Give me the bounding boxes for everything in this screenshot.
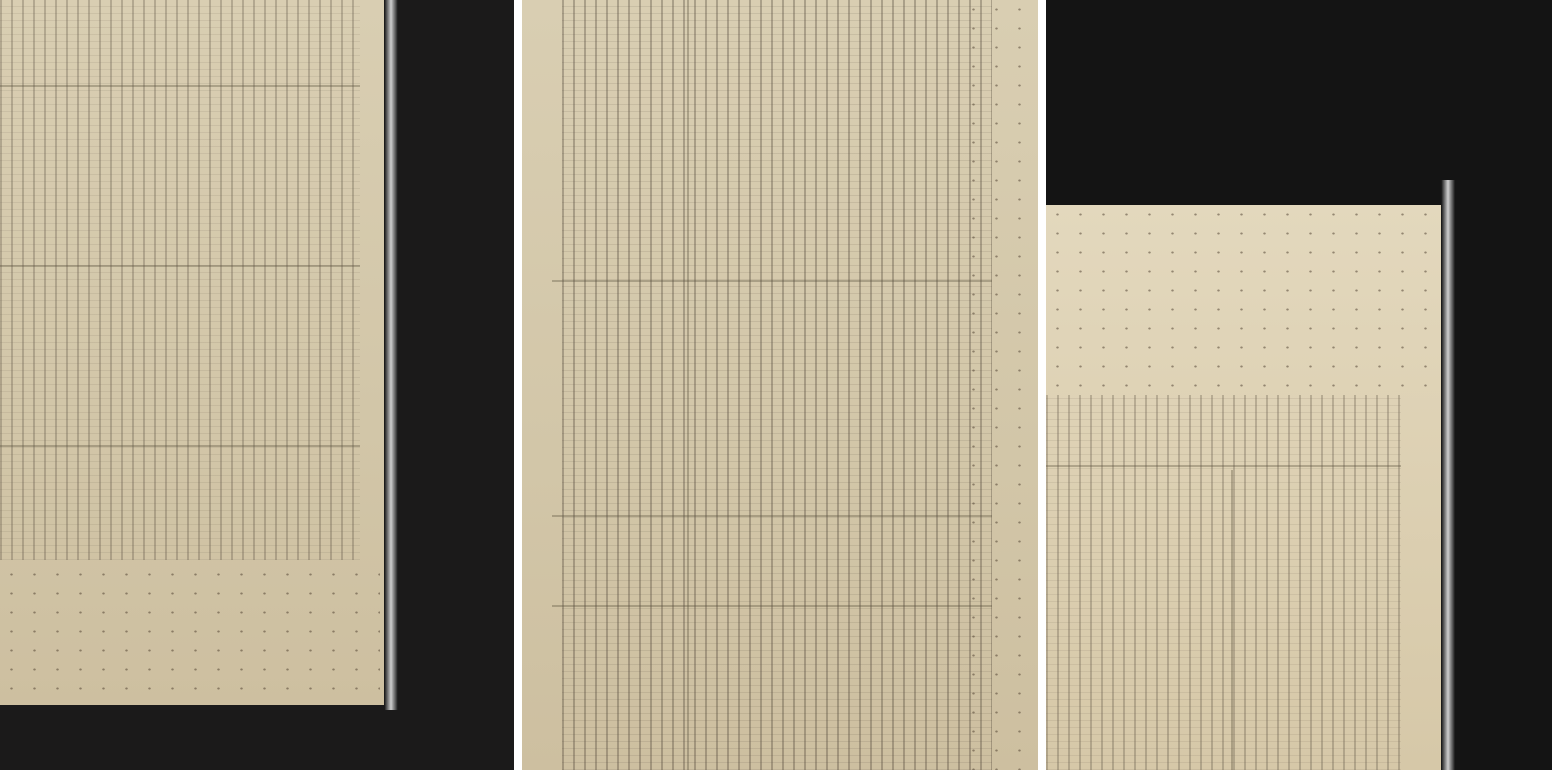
handwritten-text-columns — [1046, 395, 1401, 770]
paper-margin — [962, 0, 1038, 770]
ledger-rule — [0, 265, 360, 267]
photo-panel-left: Left panel — [0, 0, 514, 770]
handwritten-text-columns — [562, 0, 992, 770]
ledger-rule — [552, 280, 992, 282]
ledger-rule — [0, 85, 360, 87]
ledger-rule — [0, 445, 360, 447]
panel-caption: Right panel — [1054, 751, 1119, 764]
photo-panel-right: Right panel — [1046, 0, 1552, 770]
panel-caption: Left panel — [8, 751, 65, 764]
frame-edge — [384, 0, 398, 710]
ledger-rule — [1046, 465, 1401, 467]
frame-edge — [1441, 180, 1455, 770]
ledger-rule — [552, 515, 992, 517]
ledger-rule — [552, 605, 992, 607]
paper-margin — [1046, 205, 1441, 390]
panel-caption: Center panel — [530, 751, 602, 764]
handwritten-text-columns — [0, 0, 360, 560]
ledger-rule — [1231, 470, 1233, 770]
photo-panel-center: Center panel — [522, 0, 1038, 770]
ledger-rule — [687, 0, 689, 770]
paper-margin — [0, 565, 380, 703]
